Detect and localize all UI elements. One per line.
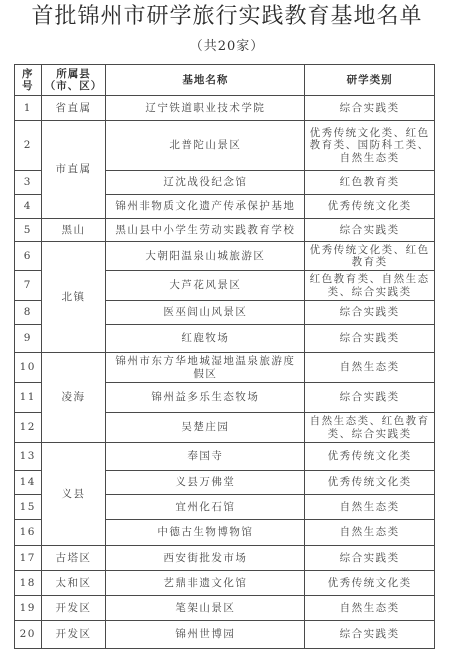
row-category: 综合实践类 xyxy=(305,301,435,325)
row-district: 开发区 xyxy=(41,596,106,621)
row-name: 北普陀山景区 xyxy=(106,121,305,171)
row-category: 自然生态类、红色教育类、综合实践类 xyxy=(305,413,435,443)
row-name: 锦州市东方华地城湿地温泉旅游度假区 xyxy=(106,353,305,383)
row-category: 优秀传统文化类、红色教育类、国防科工类、自然生态类 xyxy=(305,121,435,171)
row-name: 西安街批发市场 xyxy=(106,546,305,571)
table-row: 13 义县 奉国寺 优秀传统文化类 xyxy=(15,443,435,471)
table-row: 6 北镇 大朝阳温泉山城旅游区 优秀传统文化类、红色教育类 xyxy=(15,242,435,271)
row-name: 奉国寺 xyxy=(106,443,305,471)
table-row: 10 凌海 锦州市东方华地城湿地温泉旅游度假区 自然生态类 xyxy=(15,353,435,383)
row-category: 优秀传统文化类、红色教育类 xyxy=(305,242,435,271)
row-category: 综合实践类 xyxy=(305,96,435,121)
row-name: 吴楚庄园 xyxy=(106,413,305,443)
row-name: 锦州非物质文化遗产传承保护基地 xyxy=(106,195,305,219)
row-index: 17 xyxy=(15,546,42,571)
row-district: 市直属 xyxy=(41,121,106,219)
row-district: 黑山 xyxy=(41,219,106,242)
row-category: 自然生态类 xyxy=(305,596,435,621)
row-district: 北镇 xyxy=(41,242,106,353)
row-category: 优秀传统文化类 xyxy=(305,571,435,596)
row-name: 艺鼎非遗文化馆 xyxy=(106,571,305,596)
row-name: 辽宁铁道职业技术学院 xyxy=(106,96,305,121)
row-name: 中德古生物博物馆 xyxy=(106,520,305,546)
row-index: 7 xyxy=(15,271,42,301)
row-category: 优秀传统文化类 xyxy=(305,471,435,495)
row-name: 义县万佛堂 xyxy=(106,471,305,495)
row-index: 14 xyxy=(15,471,42,495)
row-category: 自然生态类 xyxy=(305,353,435,383)
table-header-row: 序号 所属县（市、区） 基地名称 研学类别 xyxy=(15,65,435,96)
row-index: 12 xyxy=(15,413,42,443)
row-name: 辽沈战役纪念馆 xyxy=(106,171,305,195)
table-row: 17 古塔区 西安街批发市场 综合实践类 xyxy=(15,546,435,571)
document-subtitle: （共20家） xyxy=(0,38,454,56)
row-name: 医巫闾山风景区 xyxy=(106,301,305,325)
row-index: 11 xyxy=(15,383,42,413)
row-category: 优秀传统文化类 xyxy=(305,443,435,471)
row-name: 红鹿牧场 xyxy=(106,325,305,353)
table-row: 2 市直属 北普陀山景区 优秀传统文化类、红色教育类、国防科工类、自然生态类 xyxy=(15,121,435,171)
row-index: 19 xyxy=(15,596,42,621)
row-index: 15 xyxy=(15,495,42,520)
row-category: 综合实践类 xyxy=(305,325,435,353)
row-name: 锦州益多乐生态牧场 xyxy=(106,383,305,413)
row-name: 大朝阳温泉山城旅游区 xyxy=(106,242,305,271)
base-list-table: 序号 所属县（市、区） 基地名称 研学类别 1 省直属 辽宁铁道职业技术学院 综… xyxy=(14,64,435,649)
row-name: 锦州世博园 xyxy=(106,621,305,649)
row-index: 5 xyxy=(15,219,42,242)
row-category: 综合实践类 xyxy=(305,383,435,413)
row-name: 大芦花风景区 xyxy=(106,271,305,301)
row-category: 综合实践类 xyxy=(305,621,435,649)
row-district: 省直属 xyxy=(41,96,106,121)
row-category: 综合实践类 xyxy=(305,546,435,571)
row-index: 3 xyxy=(15,171,42,195)
header-category: 研学类别 xyxy=(305,65,435,96)
table-row: 19 开发区 笔架山景区 自然生态类 xyxy=(15,596,435,621)
row-district: 古塔区 xyxy=(41,546,106,571)
row-district: 太和区 xyxy=(41,571,106,596)
row-index: 8 xyxy=(15,301,42,325)
header-name: 基地名称 xyxy=(106,65,305,96)
table-row: 20 开发区 锦州世博园 综合实践类 xyxy=(15,621,435,649)
row-index: 16 xyxy=(15,520,42,546)
row-index: 13 xyxy=(15,443,42,471)
row-district: 义县 xyxy=(41,443,106,546)
row-category: 综合实践类 xyxy=(305,219,435,242)
row-index: 18 xyxy=(15,571,42,596)
table-row: 18 太和区 艺鼎非遗文化馆 优秀传统文化类 xyxy=(15,571,435,596)
row-index: 6 xyxy=(15,242,42,271)
row-category: 自然生态类 xyxy=(305,520,435,546)
row-index: 1 xyxy=(15,96,42,121)
row-name: 宜州化石馆 xyxy=(106,495,305,520)
row-category: 红色教育类 xyxy=(305,171,435,195)
row-index: 20 xyxy=(15,621,42,649)
row-category: 红色教育类、自然生态类、综合实践类 xyxy=(305,271,435,301)
header-index: 序号 xyxy=(15,65,42,96)
row-district: 开发区 xyxy=(41,621,106,649)
row-index: 9 xyxy=(15,325,42,353)
row-index: 2 xyxy=(15,121,42,171)
table-row: 1 省直属 辽宁铁道职业技术学院 综合实践类 xyxy=(15,96,435,121)
header-district: 所属县（市、区） xyxy=(41,65,106,96)
row-name: 笔架山景区 xyxy=(106,596,305,621)
row-name: 黑山县中小学生劳动实践教育学校 xyxy=(106,219,305,242)
row-index: 10 xyxy=(15,353,42,383)
row-index: 4 xyxy=(15,195,42,219)
row-category: 自然生态类 xyxy=(305,495,435,520)
document-title: 首批锦州市研学旅行实践教育基地名单 xyxy=(0,2,454,32)
row-district: 凌海 xyxy=(41,353,106,443)
row-category: 优秀传统文化类 xyxy=(305,195,435,219)
table-row: 5 黑山 黑山县中小学生劳动实践教育学校 综合实践类 xyxy=(15,219,435,242)
